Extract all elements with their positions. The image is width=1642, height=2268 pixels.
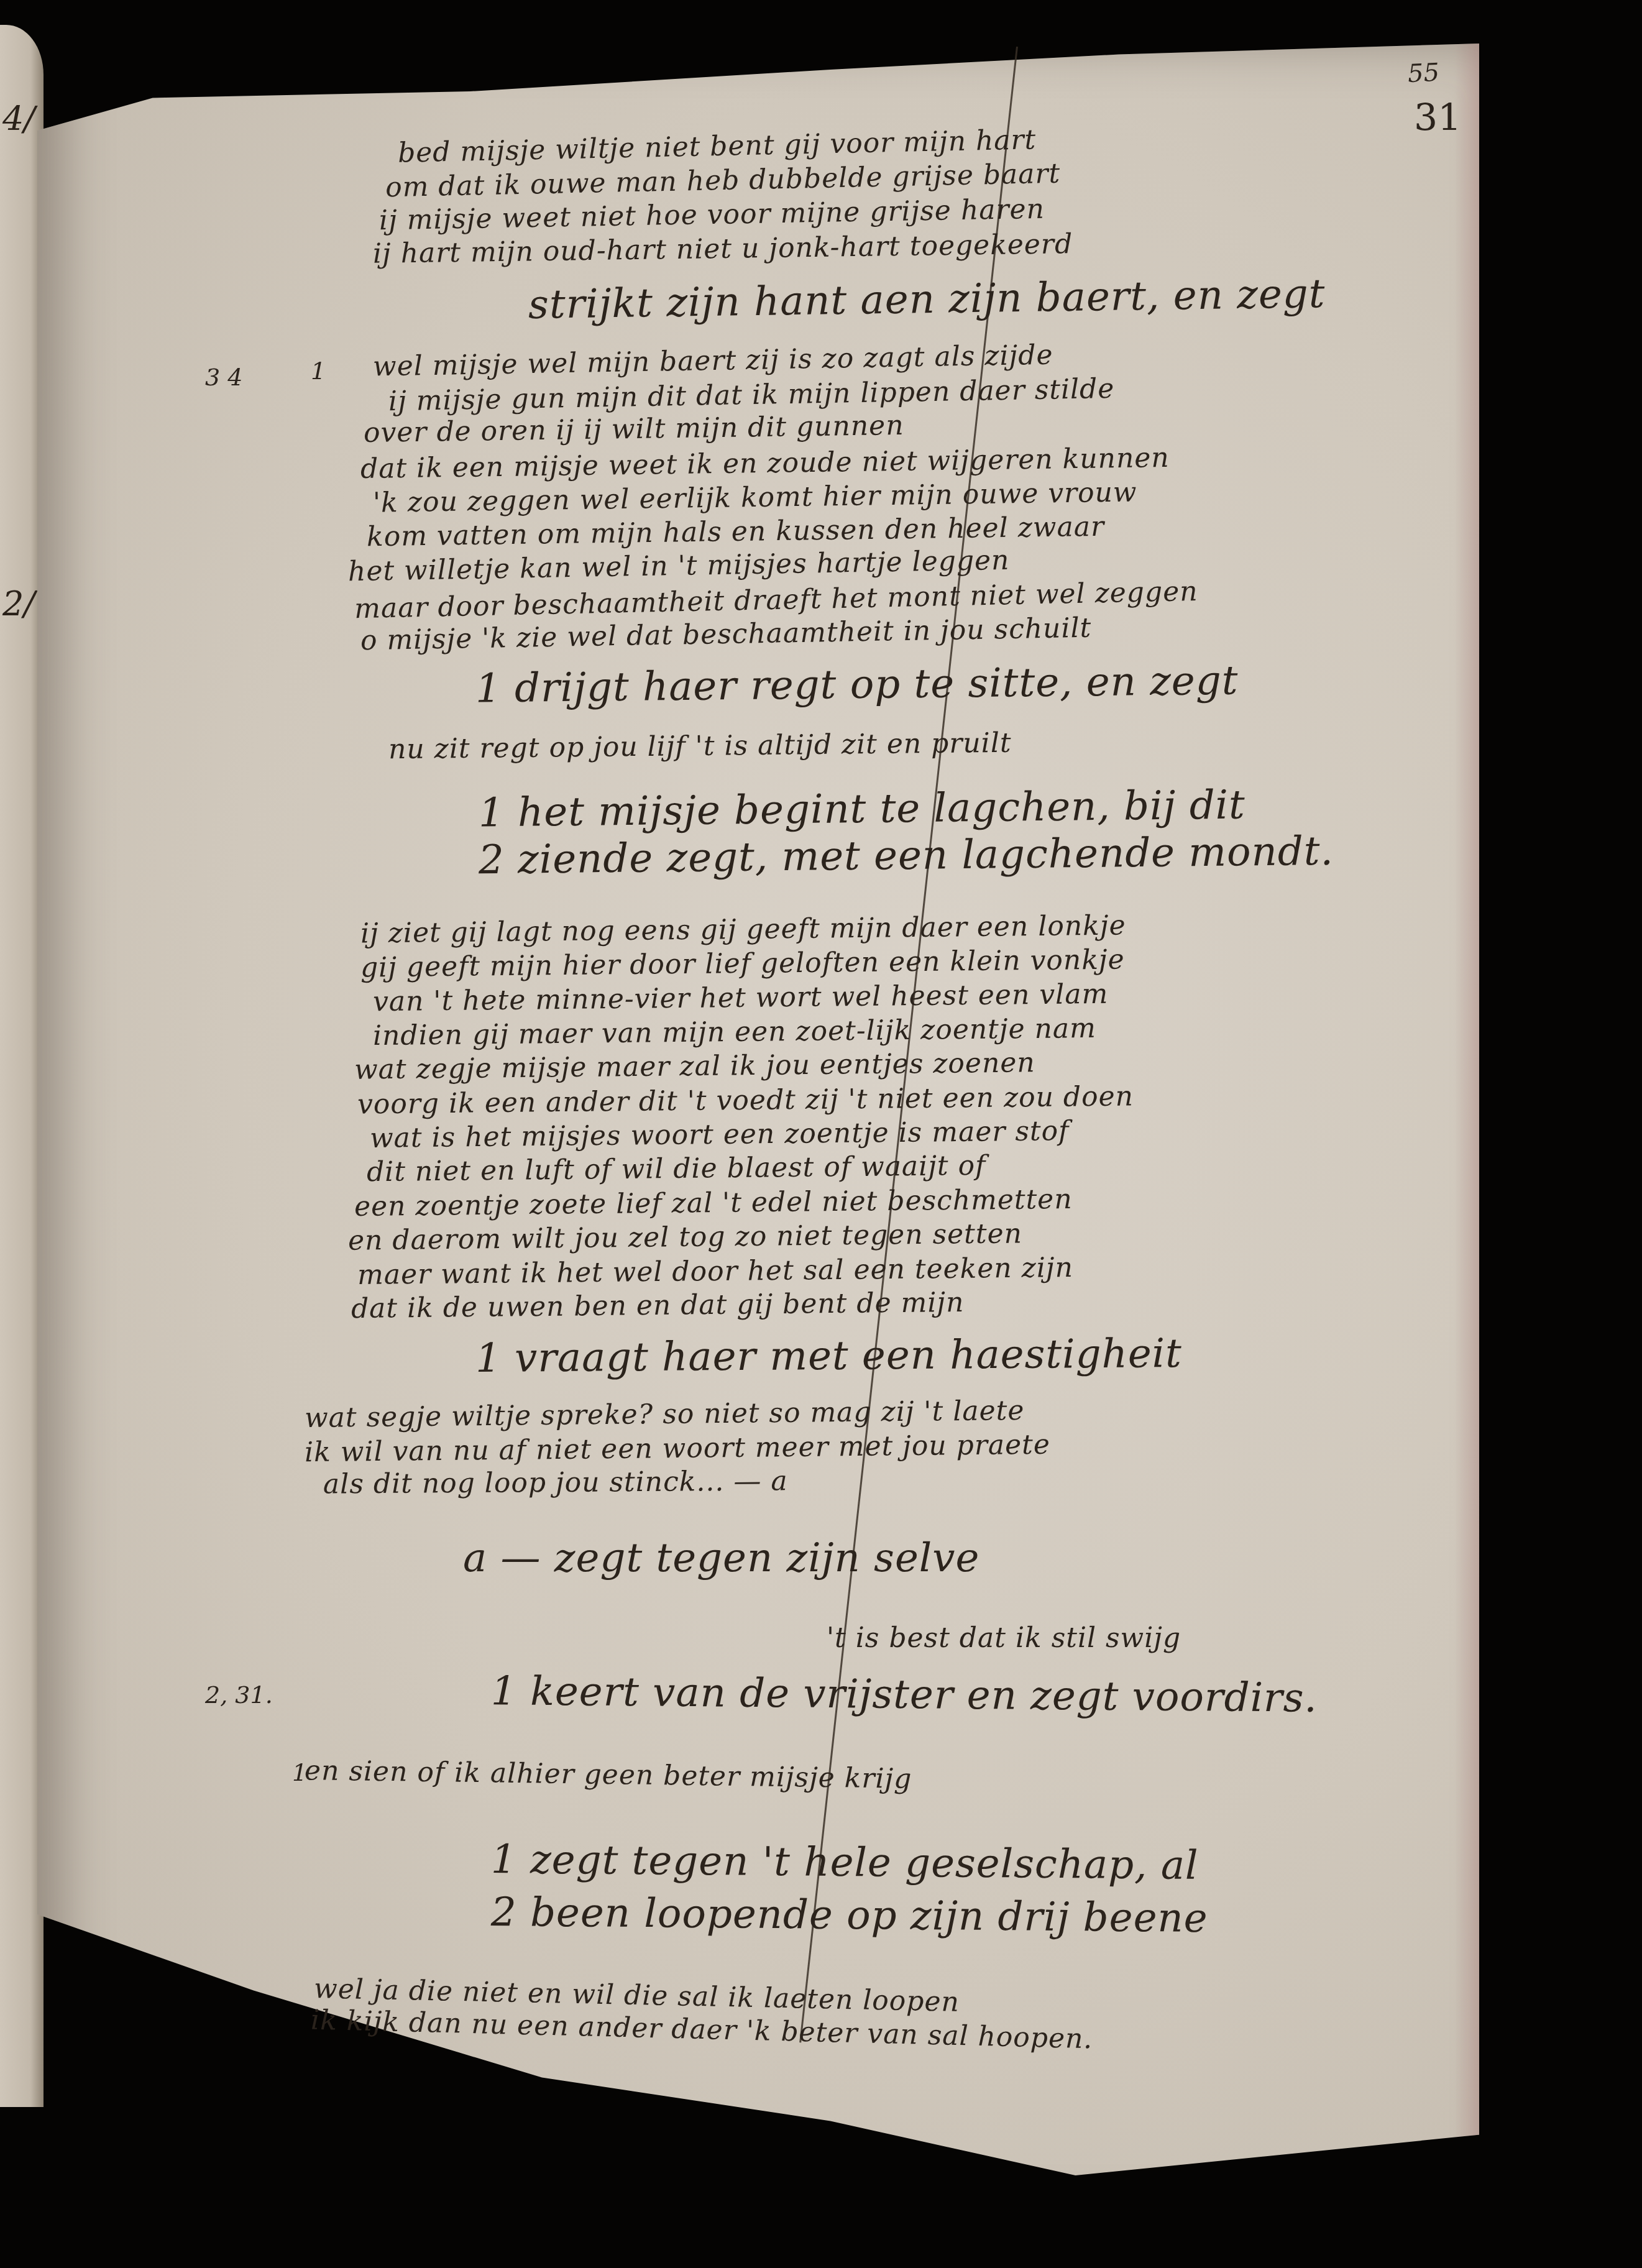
speech-line: dit niet en luft of wil die blaest of wa…	[367, 1150, 986, 1188]
stage-direction: 1 zegt tegen 't hele geselschap, al	[491, 1837, 1199, 1889]
stage-direction: 1 keert van de vrijster en zegt voordirs…	[491, 1668, 1318, 1722]
page-number-top: 55	[1407, 58, 1440, 89]
stage-direction: a — zegt tegen zijn selve	[463, 1535, 979, 1581]
stage-direction: 1 vraagt haer met een haestigheit	[475, 1331, 1182, 1382]
stage-direction: 2 been loopende op zijn drij beene	[491, 1889, 1208, 1942]
folio-number: 31	[1414, 96, 1461, 140]
speech-line: 't is best dat ik stil swijg	[827, 1622, 1181, 1654]
margin-note: 3 4	[205, 364, 242, 391]
page-edge	[1454, 44, 1479, 2219]
stage-direction: 2 ziende zegt, met een lagchende mondt.	[479, 829, 1334, 883]
stage-direction: 1 drijgt haer regt op te sitte, en zegt	[475, 658, 1239, 712]
facing-page-mark: 4/	[2, 99, 35, 139]
margin-note: 1	[311, 357, 326, 385]
facing-page-edge: 4/ 2/	[0, 25, 44, 2107]
speech-line: als dit nog loop jou stinck... — a	[323, 1465, 788, 1500]
facing-page-mark: 2/	[2, 584, 35, 623]
speech-line: nu zit regt op jou lijf 't is altijd zit…	[388, 727, 1012, 765]
speech-line: dat ik de uwen ben en dat gij bent de mi…	[351, 1287, 965, 1325]
margin-note: 2, 31.	[205, 1681, 273, 1709]
stage-direction: 1 het mijsje begint te lagchen, bij dit	[479, 783, 1246, 837]
